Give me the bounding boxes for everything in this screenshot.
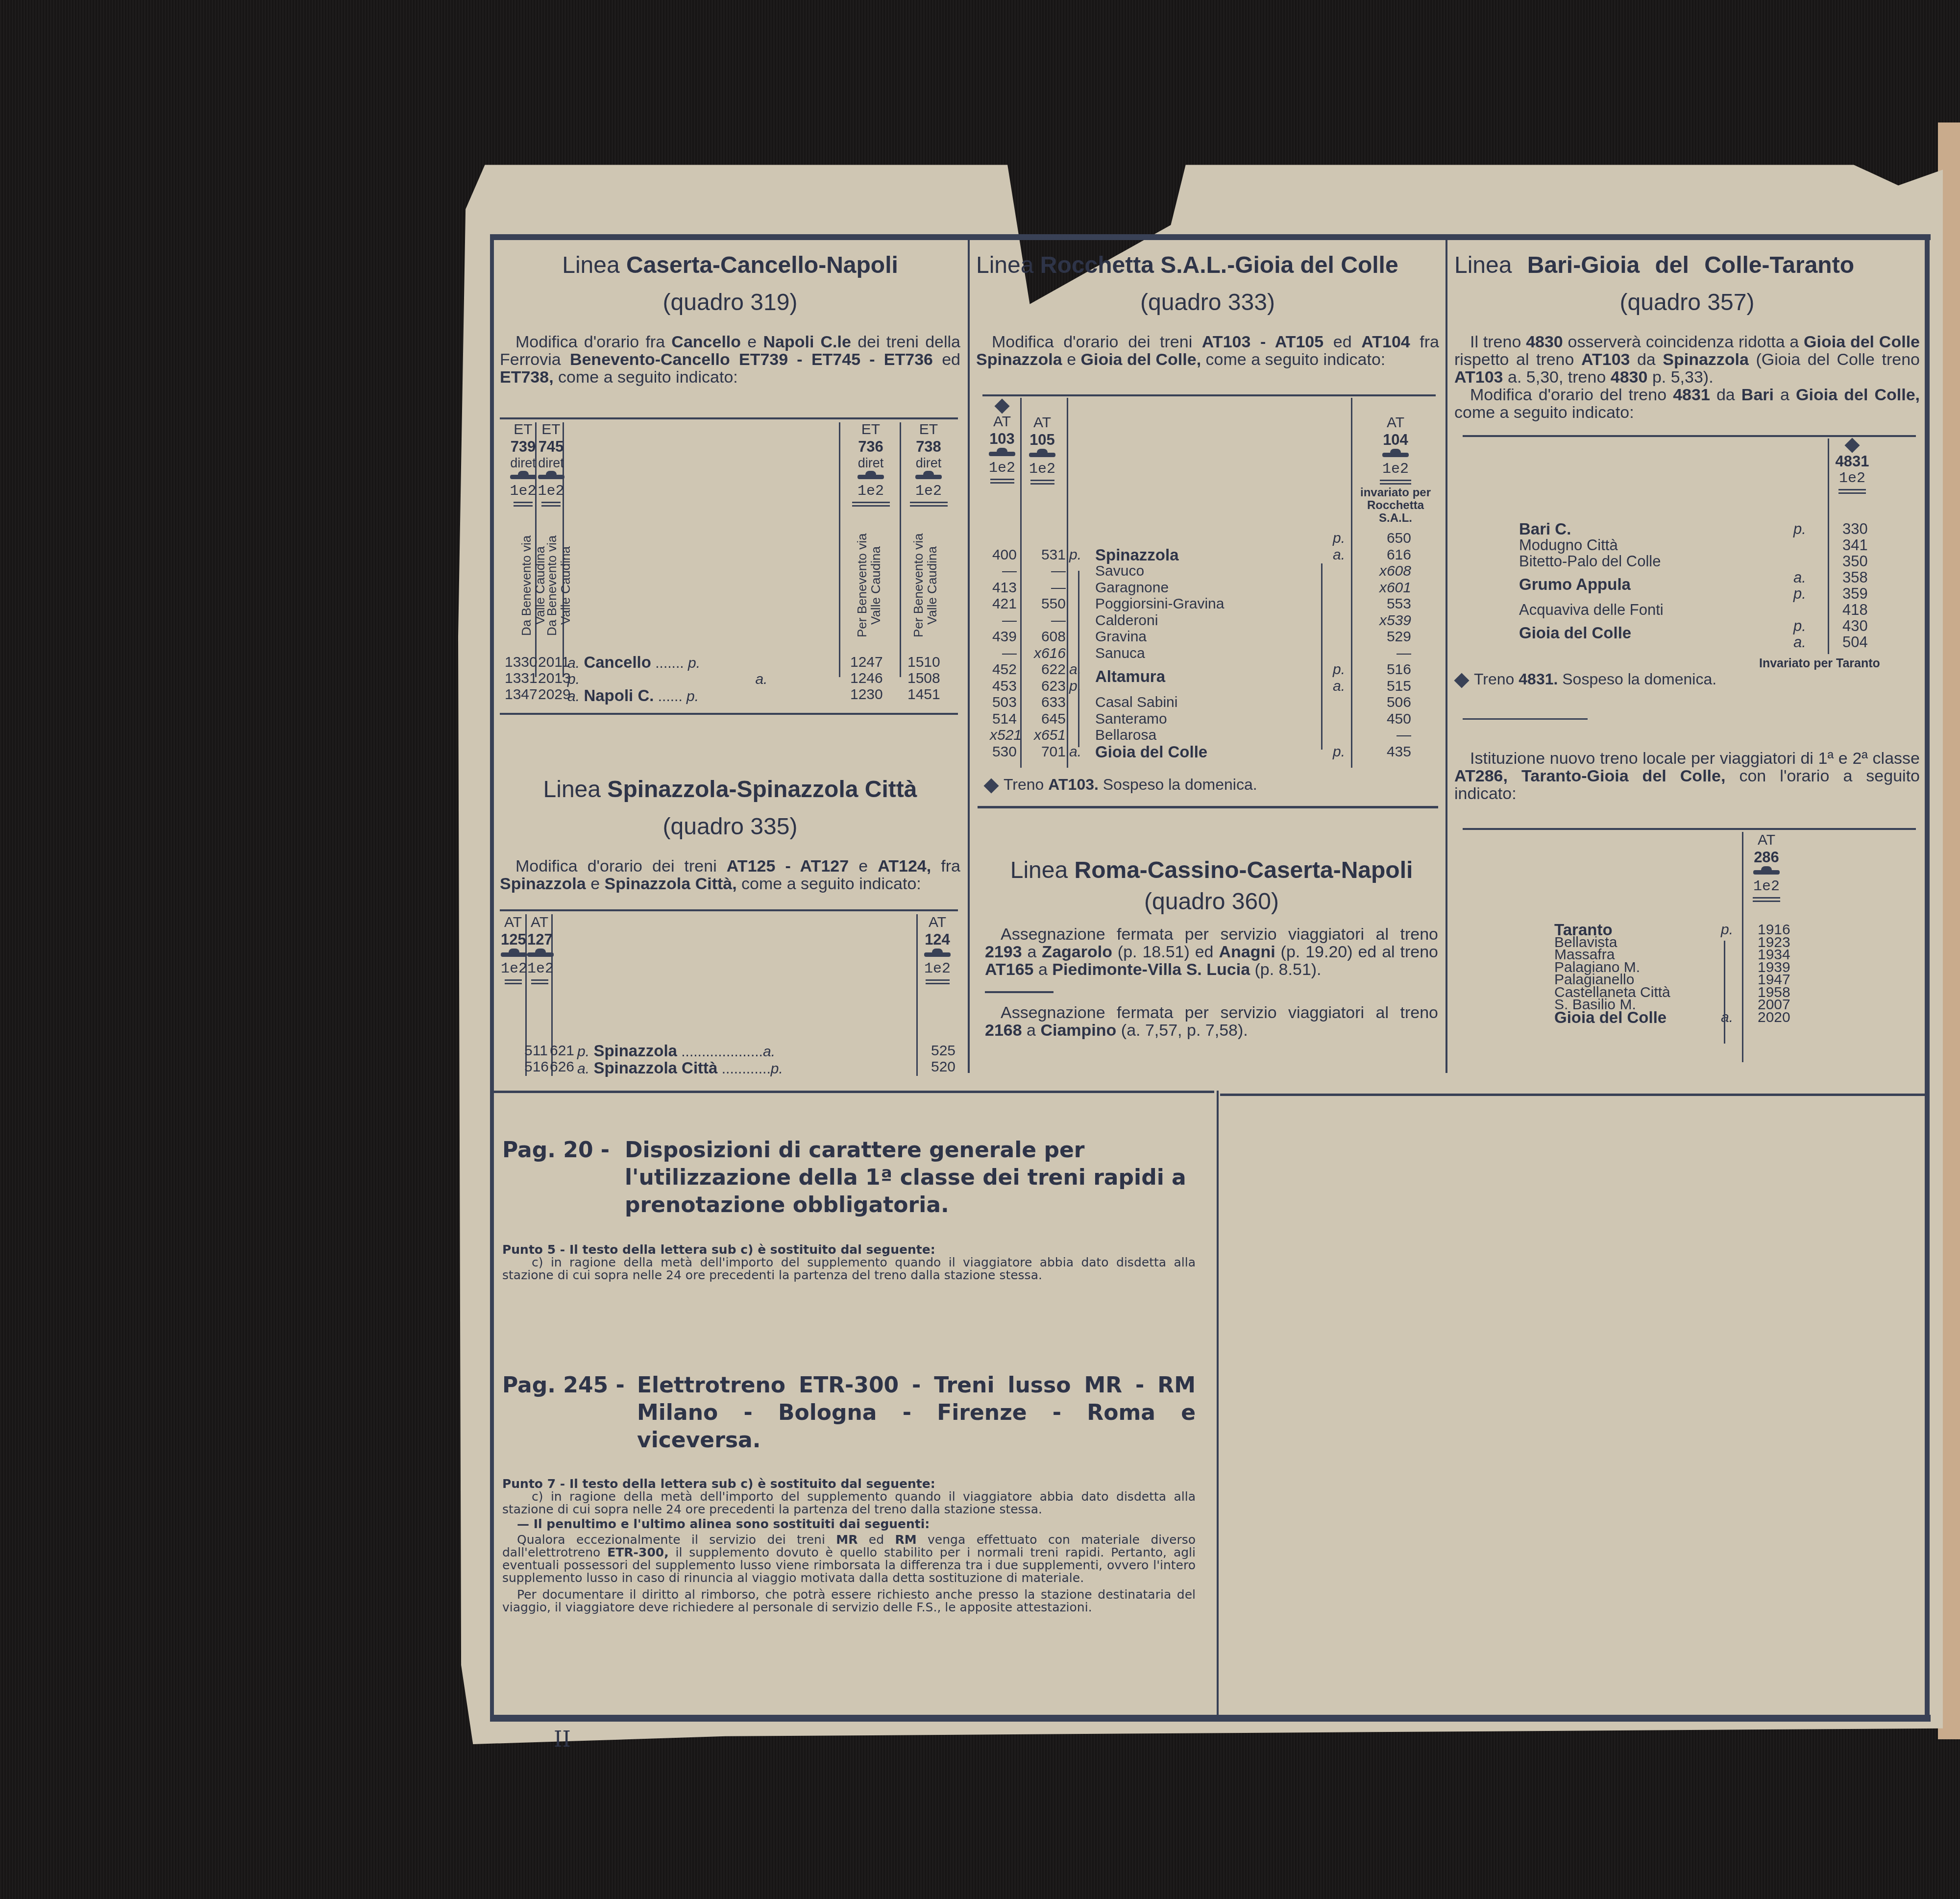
table-row: Grumo Appulaa.358 [1519, 569, 1921, 585]
direction-down-arrow-icon [1078, 571, 1079, 747]
intro-text: Modifica d'orario dei treni AT103 - AT10… [976, 333, 1439, 368]
table-top-rule [1463, 828, 1916, 830]
railcar-icon [1753, 866, 1780, 876]
railcar-icon [1382, 449, 1409, 459]
section-pag-20: Pag. 20 - Disposizioni di carattere gene… [502, 1137, 1196, 1282]
table-row: 530701a.Gioia del Collep.435 [990, 744, 1441, 760]
table-row: 514645Santeramo450 [990, 711, 1441, 728]
table-row: Gioia del Collea.2020 [1554, 1011, 1907, 1024]
train-column-at127: AT127 1e2 [527, 914, 552, 984]
times-et739: 133013311347 [505, 654, 534, 703]
taranto-286-rows: Tarantop.1916 Bellavista1923 Massafra193… [1554, 924, 1907, 1023]
alinea-heading: — Il penultimo e l'ultimo alinea sono so… [502, 1518, 1196, 1531]
times-at124: 525520 [931, 1043, 955, 1075]
route-note: Per Benevento via Valle Caudina [855, 524, 882, 647]
table-rule [839, 422, 840, 677]
short-divider [1463, 718, 1588, 720]
table-row: ——Calderonix539 [990, 612, 1441, 629]
table-row: 400531p.Spinazzolaa.616 [990, 547, 1441, 563]
pag-heading: Pag. 245 - Elettrotreno ETR-300 - Treni … [502, 1372, 1196, 1454]
line-title: Linea Bari-Gioia del Colle-Taranto [1454, 250, 1920, 281]
quadro-number: (quadro 357) [1454, 287, 1920, 318]
frame-border-left [490, 240, 494, 1715]
table-row: —x616Sanuca— [990, 645, 1441, 662]
table-row: 452622a.Altamurap.516 [990, 661, 1441, 678]
train-column-at104: AT104 1e2 invariato per Rocchetta S.A.L. [1356, 414, 1435, 525]
railcar-icon [527, 949, 554, 958]
train-column-et736: ET736diret 1e2 [844, 421, 898, 507]
station-row: a. Cancello ....... p. [567, 654, 837, 671]
table-row: Acquaviva delle Fonti418 [1519, 602, 1921, 618]
diamond-marker-icon [994, 398, 1009, 414]
section-divider [978, 806, 1438, 808]
stations-caserta: a. Cancello ....... p. p. a. a. Napoli C… [567, 654, 837, 705]
page-number: II [554, 1727, 571, 1752]
diamond-marker-icon [983, 778, 999, 793]
train-column-at125: AT125 1e2 [501, 914, 525, 984]
section-rocchetta-gioia: Linea Rocchetta S.A.L.-Gioia del Colle (… [976, 250, 1439, 368]
direction-down-arrow-icon [1724, 941, 1725, 1044]
train-column-et739: ET739diret 1e2 [510, 421, 537, 507]
station-row: a. Spinazzola Città ............p. [577, 1060, 915, 1077]
intro-text: Il treno 4830 osserverà coincidenza rido… [1454, 333, 1920, 386]
railcar-icon [989, 448, 1015, 458]
frame-border-top [490, 234, 1931, 240]
times-at125: 511516 [524, 1043, 549, 1075]
notice-paragraph: Assegnazione fermata per servizio viaggi… [985, 925, 1438, 978]
line-title: Linea Rocchetta S.A.L.-Gioia del Colle [976, 250, 1439, 281]
alinea-paragraph: Per documentare il diritto al rimborso, … [502, 1588, 1196, 1614]
railcar-icon [510, 471, 537, 481]
table-row: ——Savucox608 [990, 563, 1441, 580]
section-pag-245: Pag. 245 - Elettrotreno ETR-300 - Treni … [502, 1372, 1196, 1614]
route-note: Da Benevento via Valle Caudina [519, 524, 547, 647]
column-divider [968, 240, 970, 1073]
table-bottom-rule [500, 713, 958, 715]
table-row: p.650 [990, 530, 1441, 547]
table-row: p.359 [1519, 585, 1921, 602]
railcar-icon [857, 471, 884, 481]
table-row: 413—Garagnonex601 [990, 580, 1441, 596]
table-row: Bitetto-Palo del Colle350 [1519, 553, 1921, 569]
train-column-at103: AT103 1e2 [985, 398, 1019, 484]
frame-border-bottom [490, 1715, 1931, 1722]
railcar-icon [501, 949, 527, 958]
punto-heading: Punto 7 - Il testo della lettera sub c) … [502, 1478, 1196, 1490]
table-row: Bari C.p.330 [1519, 521, 1921, 537]
footnote-at103: Treno AT103. Sospeso la domenica. [986, 776, 1257, 794]
section-caserta-cancello-napoli: Linea Caserta-Cancello-Napoli (quadro 31… [500, 250, 960, 386]
section-divider [494, 1091, 1214, 1093]
table-top-rule [500, 909, 958, 911]
train-column-at105: AT105 1e2 [1025, 414, 1059, 485]
short-divider [985, 991, 1053, 993]
invariato-note: Invariato per Taranto [1759, 657, 1880, 671]
direction-up-arrow-icon [1321, 563, 1323, 750]
section-divider [1220, 1094, 1926, 1096]
stations-spinazzola: p. Spinazzola ....................a. a. … [577, 1043, 915, 1077]
line-title: Linea Caserta-Cancello-Napoli [500, 250, 960, 281]
diamond-marker-icon [1844, 438, 1860, 453]
intro-text: Modifica d'orario dei treni AT125 - AT12… [500, 857, 960, 893]
column-divider [1445, 240, 1447, 1073]
quadro-number: (quadro 360) [985, 886, 1438, 918]
railcar-icon [924, 949, 951, 958]
times-et736: 124712461230 [850, 654, 889, 703]
frame-border-right [1925, 240, 1930, 1715]
train-column-at124: AT124 1e2 [920, 914, 955, 984]
pag-heading: Pag. 20 - Disposizioni di carattere gene… [502, 1137, 1196, 1219]
line-title: Linea Roma-Cassino-Caserta-Napoli [985, 855, 1438, 886]
train-column-et738: ET738diret 1e2 [902, 421, 955, 507]
notice-paragraph: Assegnazione fermata per servizio viaggi… [985, 1004, 1438, 1039]
section-spinazzola-citta: Linea Spinazzola-Spinazzola Città (quadr… [500, 774, 960, 893]
punto-text: c) in ragione della metà dell'importo de… [502, 1256, 1196, 1282]
railcar-icon [1029, 449, 1055, 459]
table-rule [916, 914, 918, 1076]
intro-text: Modifica d'orario del treno 4831 da Bari… [1454, 386, 1920, 421]
railcar-icon [538, 471, 564, 481]
table-row: 503633Casal Sabini506 [990, 694, 1441, 711]
intro-text: Istituzione nuovo treno locale per viagg… [1454, 750, 1920, 803]
column-divider [1217, 1091, 1219, 1718]
alinea-paragraph: Qualora eccezionalmente il servizio dei … [502, 1534, 1196, 1584]
quadro-number: (quadro 335) [500, 811, 960, 843]
punto-heading: Punto 5 - Il testo della lettera sub c) … [502, 1243, 1196, 1256]
train-column-et745: ET745diret 1e2 [538, 421, 564, 507]
times-et745: 201120132029 [538, 654, 567, 703]
quadro-number: (quadro 319) [500, 287, 960, 318]
route-note: Da Benevento via Valle Caudina [545, 524, 572, 647]
footnote-4831: Treno 4831. Sospeso la domenica. [1456, 670, 1716, 688]
train-column-at286: AT286 1e2 [1747, 832, 1786, 902]
line-title: Linea Spinazzola-Spinazzola Città [500, 774, 960, 805]
quadro-number: (quadro 333) [976, 287, 1439, 318]
table-top-rule [500, 417, 958, 419]
station-row: a. Napoli C. ...... p. [567, 687, 837, 705]
table-row: Modugno Città341 [1519, 537, 1921, 553]
table-row: 453623p.a.515 [990, 678, 1441, 695]
table-top-rule [982, 394, 1436, 396]
table-rule [900, 422, 901, 677]
table-row: 439608Gravina529 [990, 629, 1441, 645]
section-roma-cassino-caserta-napoli: Linea Roma-Cassino-Caserta-Napoli (quadr… [985, 855, 1438, 1039]
rocchetta-timetable-rows: p.650 400531p.Spinazzolaa.616 ——Savucox6… [990, 530, 1441, 760]
intro-text: Modifica d'orario fra Cancello e Napoli … [500, 333, 960, 386]
table-row: Gioia del Collep.430 [1519, 618, 1921, 634]
bari-4831-rows: Bari C.p.330 Modugno Città341 Bitetto-Pa… [1519, 521, 1921, 650]
table-top-rule [1463, 435, 1916, 437]
table-row: a.504 [1519, 634, 1921, 650]
times-et738: 151015081451 [907, 654, 947, 703]
station-row: p. Spinazzola ....................a. [577, 1043, 915, 1060]
times-at127: 621626 [550, 1043, 574, 1075]
table-row: 421550Poggiorsini-Gravina553 [990, 596, 1441, 612]
train-column-4831: 48311e2 [1833, 440, 1872, 494]
station-row: p. a. [567, 671, 837, 687]
table-row: x521x651Bellarosa— [990, 727, 1441, 744]
railcar-icon [915, 471, 942, 481]
diamond-marker-icon [1454, 673, 1469, 688]
route-note: Per Benevento via Valle Caudina [911, 524, 939, 647]
punto-text: c) in ragione della metà dell'importo de… [502, 1490, 1196, 1516]
section-bari-gioia-taranto: Linea Bari-Gioia del Colle-Taranto (quad… [1454, 250, 1920, 421]
